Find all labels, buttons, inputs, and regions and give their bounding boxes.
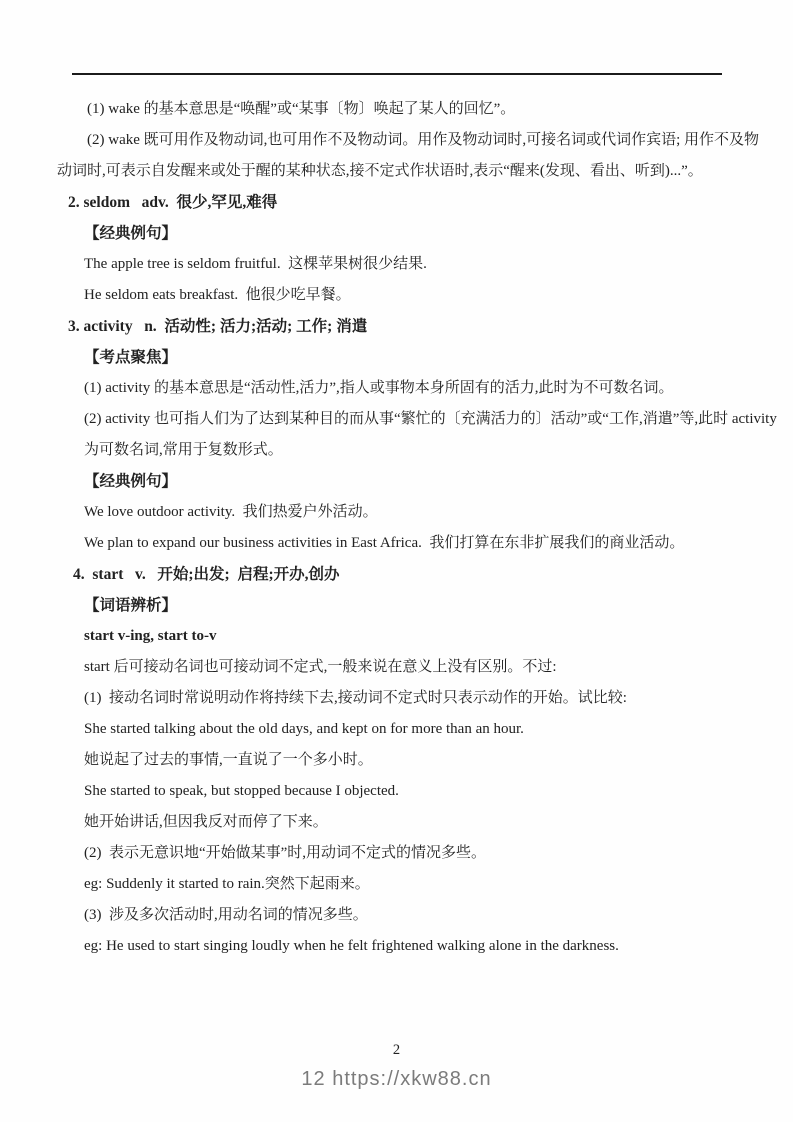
header-rule	[72, 73, 722, 75]
text-line: We love outdoor activity. 我们热爱户外活动。	[0, 497, 793, 528]
text-line: (1) activity 的基本意思是“活动性,活力”,指人或事物本身所固有的活…	[0, 373, 793, 404]
text-line: She started talking about the old days, …	[0, 714, 793, 745]
text-line: She started to speak, but stopped becaus…	[0, 776, 793, 807]
watermark-link[interactable]: 12 https://xkw88.cn	[0, 1063, 793, 1095]
text-line: eg: Suddenly it started to rain.突然下起雨来。	[0, 869, 793, 900]
text-line: start v-ing, start to-v	[0, 621, 793, 652]
text-line: (3) 涉及多次活动时,用动名词的情况多些。	[0, 900, 793, 931]
text-line: 【经典例句】	[0, 218, 793, 249]
text-line: 动词时,可表示自发醒来或处于醒的某种状态,接不定式作状语时,表示“醒来(发现、看…	[0, 156, 793, 187]
text-line: 2. seldom adv. 很少,罕见,难得	[0, 187, 793, 218]
text-line: 【词语辨析】	[0, 590, 793, 621]
text-line: 她说起了过去的事情,一直说了一个多小时。	[0, 745, 793, 776]
document-page: (1) wake 的基本意思是“唤醒”或“某事〔物〕唤起了某人的回忆”。(2) …	[0, 0, 793, 1122]
page-number: 2	[0, 1036, 793, 1064]
text-line: 为可数名词,常用于复数形式。	[0, 435, 793, 466]
text-line: He seldom eats breakfast. 他很少吃早餐。	[0, 280, 793, 311]
text-line: (1) 接动名词时常说明动作将持续下去,接动词不定式时只表示动作的开始。试比较:	[0, 683, 793, 714]
text-line: 【考点聚焦】	[0, 342, 793, 373]
text-line: (2) 表示无意识地“开始做某事”时,用动词不定式的情况多些。	[0, 838, 793, 869]
text-line: 3. activity n. 活动性; 活力;活动; 工作; 消遣	[0, 311, 793, 342]
document-body: (1) wake 的基本意思是“唤醒”或“某事〔物〕唤起了某人的回忆”。(2) …	[0, 94, 793, 962]
text-line: We plan to expand our business activitie…	[0, 528, 793, 559]
text-line: (2) wake 既可用作及物动词,也可用作不及物动词。用作及物动词时,可接名词…	[0, 125, 793, 156]
text-line: 4. start v. 开始;出发; 启程;开办,创办	[0, 559, 793, 590]
text-line: 她开始讲话,但因我反对而停了下来。	[0, 807, 793, 838]
text-line: eg: He used to start singing loudly when…	[0, 931, 793, 962]
text-line: The apple tree is seldom fruitful. 这棵苹果树…	[0, 249, 793, 280]
text-line: 【经典例句】	[0, 466, 793, 497]
text-line: (1) wake 的基本意思是“唤醒”或“某事〔物〕唤起了某人的回忆”。	[0, 94, 793, 125]
text-line: start 后可接动名词也可接动词不定式,一般来说在意义上没有区别。不过:	[0, 652, 793, 683]
text-line: (2) activity 也可指人们为了达到某种目的而从事“繁忙的〔充满活力的〕…	[0, 404, 793, 435]
